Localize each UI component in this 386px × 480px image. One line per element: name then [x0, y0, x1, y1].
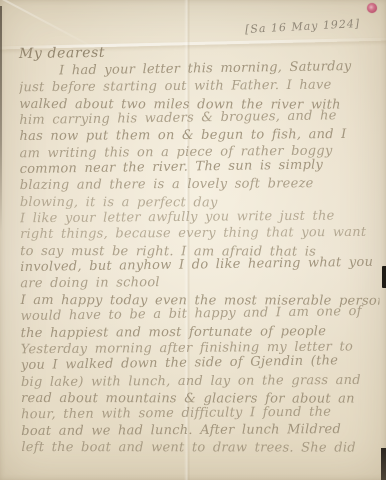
archival-date-annotation: [Sa 16 May 1924] — [245, 17, 361, 36]
scan-edge-notch-right — [382, 266, 386, 288]
letter-page: [Sa 16 May 1924] My dearest I had your l… — [0, 0, 386, 480]
letter-line: boat and we had lunch. After lunch Mildr… — [21, 421, 380, 440]
red-stamp-icon — [367, 3, 377, 13]
letter-line: blazing and there is a lovely soft breez… — [20, 176, 379, 195]
letter-lines: I had your letter this morning, Saturday… — [19, 62, 380, 456]
letter-line: are doing in school — [20, 274, 379, 293]
letter-line: just before starting out with Father. I … — [19, 78, 378, 97]
scan-edge-mark-bottom-right — [381, 448, 386, 480]
letter-line: right things, because every thing that y… — [20, 225, 379, 244]
letter-line: left the boat and went to draw trees. Sh… — [21, 440, 380, 457]
letter-body: My dearest I had your letter this mornin… — [19, 46, 378, 456]
letter-line: big lake) with lunch, and lay on the gra… — [21, 372, 380, 391]
scan-edge-mark-left — [0, 6, 2, 232]
